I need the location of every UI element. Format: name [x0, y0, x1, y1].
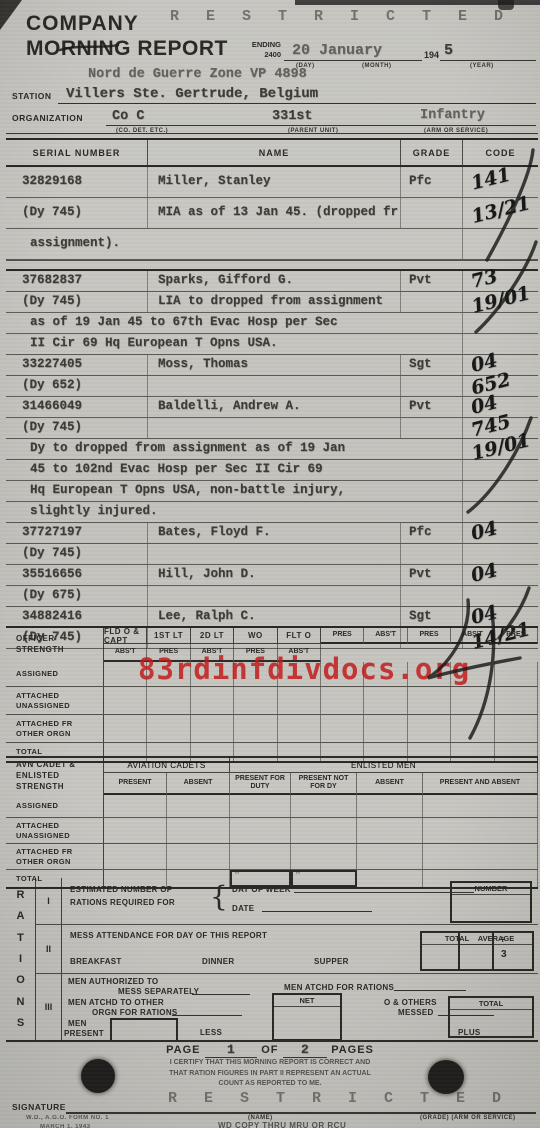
roster-row: 37682837Sparks, Gifford G.Pvt73: [6, 271, 538, 292]
day-of-week-line: [294, 884, 474, 893]
roster-code: [463, 229, 538, 259]
strength-sub-label: ABS'T: [451, 628, 494, 644]
strength-cell: [423, 844, 538, 869]
roster-row: 37727197Bates, Floyd F.Pfc04: [6, 523, 538, 544]
handwritten-code: 73: [469, 268, 499, 290]
mess-sep-line: [192, 986, 250, 995]
roster-row: (Dy 745)MIA as of 13 Jan 45. (dropped fr…: [6, 198, 538, 229]
roster-row: (Dy 675): [6, 586, 538, 607]
roster-serial: 37727197: [6, 523, 148, 543]
strength-cell: [357, 818, 423, 843]
men-present2: PRESENT: [64, 1029, 104, 1038]
strength-row-label: ASSIGNED: [6, 795, 104, 817]
roster-serial: 31466049: [6, 397, 148, 417]
year-sublabel: (YEAR): [470, 63, 494, 69]
strength-group-label: WO: [234, 628, 277, 644]
roster-row: II Cir 69 Hq European T Opns USA.: [6, 334, 538, 355]
auth-line1: MEN AUTHORIZED TO: [68, 977, 158, 986]
scan-artifact-corner: [0, 0, 22, 30]
strength-cell: [495, 715, 538, 742]
strength-cell: [291, 795, 357, 817]
roster-name: Lee, Ralph C.: [148, 607, 401, 627]
month-sublabel: (MONTH): [362, 63, 392, 69]
roster-name: [148, 544, 401, 564]
roster-entry-text: Dy to dropped from assignment as of 19 J…: [6, 439, 463, 459]
strength-sub-label: PRES: [408, 628, 451, 644]
rations-numeral-2: II: [36, 925, 62, 974]
roster-grade: Sgt: [401, 355, 463, 375]
roster-code: 13/21: [463, 198, 538, 228]
net-box-label: NET: [274, 995, 340, 1007]
signature-underline: [66, 1112, 536, 1114]
roster-row: (Dy 745): [6, 544, 538, 565]
roster-grade: Sgt: [401, 607, 463, 627]
roster-serial: 35516656: [6, 565, 148, 585]
roster-serial: 32829168: [6, 167, 148, 197]
roster-serial: (Dy 745): [6, 544, 148, 564]
roster-row: as of 19 Jan 45 to 67th Evac Hosp per Se…: [6, 313, 538, 334]
rations-section: RATIONS I ESTIMATED NUMBER OF RATIONS RE…: [6, 878, 538, 1042]
roster-row: (Dy 745)LIA to dropped from assignment19…: [6, 292, 538, 313]
cadet-strength-table: AVN CADET & ENLISTED STRENGTH AVIATION C…: [6, 756, 538, 889]
date-line: [262, 903, 372, 912]
roster-separator: [6, 260, 538, 271]
number-box-label: NUMBER: [452, 883, 530, 895]
handwritten-code: 04: [469, 562, 499, 584]
roster-grade: Pfc: [401, 523, 463, 543]
organization-label: ORGANIZATION: [12, 113, 83, 123]
rations-side-letter: S: [17, 1017, 24, 1029]
roster-entry-text: as of 19 Jan 45 to 67th Evac Hosp per Se…: [6, 313, 463, 333]
roster-name: Baldelli, Andrew A.: [148, 397, 401, 417]
strength-cell: [408, 715, 451, 742]
strength-cell: [234, 687, 277, 714]
roster-serial: (Dy 652): [6, 376, 148, 396]
atchd-other-line: [172, 1007, 242, 1016]
officer-strength-corner-label: OFFICER STRENGTH: [6, 628, 104, 662]
restricted-stamp-bottom: R E S T R I C T E D: [168, 1090, 510, 1107]
roster-entry-text: assignment).: [6, 229, 463, 259]
strength-row: ASSIGNED: [6, 795, 538, 818]
day-of-week-label: DAY OF WEEK: [232, 885, 291, 894]
strength-sub-label: PRESENT NOT FOR DY: [291, 773, 357, 795]
roster-code: [463, 460, 538, 480]
breakfast-label: BREAKFAST: [70, 957, 122, 966]
strength-row-label: ATTACHED UNASSIGNED: [6, 818, 104, 843]
rations-row-1: ESTIMATED NUMBER OF RATIONS REQUIRED FOR…: [62, 878, 538, 925]
roster-serial: (Dy 675): [6, 586, 148, 606]
cadet-strength-corner-label: AVN CADET & ENLISTED STRENGTH: [6, 758, 104, 795]
rations-side-letter: T: [17, 932, 24, 944]
roster-header-grade: GRADE: [401, 140, 463, 165]
roster-code: 19/01: [463, 439, 538, 459]
strength-row-label: ATTACHED FR OTHER ORGN: [6, 844, 104, 869]
strength-cell: [234, 715, 277, 742]
roster-row: 32829168Miller, StanleyPfc141: [6, 167, 538, 198]
auth-line2: MESS SEPARATELY: [118, 987, 199, 996]
rations-numeral-3: III: [36, 974, 62, 1040]
plus-label: PLUS: [458, 1028, 481, 1037]
morning-report-scan: R E S T R I C T E D COMPANY MORNING REPO…: [0, 0, 540, 1128]
roster-code: [463, 313, 538, 333]
strength-row: ATTACHED UNASSIGNED: [6, 818, 538, 844]
strength-group-label: 1ST LT: [147, 628, 190, 644]
rations1-line1: ESTIMATED NUMBER OF: [70, 885, 172, 894]
strength-row: ATTACHED FR OTHER ORGN: [6, 715, 538, 743]
date-underline: [284, 60, 422, 61]
date-value: 20 January: [292, 42, 382, 59]
roster-grade: Pvt: [401, 271, 463, 291]
mess-attendance-label: MESS ATTENDANCE FOR DAY OF THIS REPORT: [70, 931, 267, 940]
year-value: 5: [444, 42, 453, 59]
brace: {: [210, 880, 228, 913]
strength-sub-label: PRESENT: [104, 773, 167, 795]
roster-entry-text: II Cir 69 Hq European T Opns USA.: [6, 334, 463, 354]
year-prefix: 194: [424, 50, 439, 60]
enlisted-men-group-label: ENLISTED MEN: [230, 758, 538, 773]
strength-cell: [167, 818, 230, 843]
ending-label: ENDING 2400: [243, 40, 281, 60]
roster-serial: (Dy 745): [6, 418, 148, 438]
page-value: 1: [205, 1042, 257, 1058]
roster-name: LIA to dropped from assignment: [148, 292, 401, 312]
roster-row: Hq European T Opns USA, non-battle injur…: [6, 481, 538, 502]
org-unit-value: Co C: [112, 109, 144, 124]
form-title-line1: COMPANY: [26, 12, 139, 36]
roster-name: Hill, John D.: [148, 565, 401, 585]
form-number: W.D., A.G.O. FORM NO. 1: [26, 1115, 109, 1121]
strength-cell: [495, 687, 538, 714]
strength-cell: [357, 795, 423, 817]
strength-cell: [278, 687, 321, 714]
roster-row: (Dy 745)745: [6, 418, 538, 439]
form-date: MARCH 1, 1943: [40, 1124, 91, 1128]
org-arm-value: Infantry: [420, 108, 485, 123]
rations-total-box-label: TOTAL: [450, 998, 532, 1010]
strength-cell: [104, 844, 167, 869]
strength-cell: [357, 844, 423, 869]
roster-serial: 37682837: [6, 271, 148, 291]
restricted-stamp-top: R E S T R I C T E D: [170, 8, 512, 25]
strength-row-label: ATTACHED FR OTHER ORGN: [6, 715, 104, 742]
signature-label: SIGNATURE: [12, 1102, 66, 1112]
strength-cell: [230, 844, 291, 869]
strength-row: ATTACHED FR OTHER ORGN: [6, 844, 538, 870]
rations1-line2: RATIONS REQUIRED FOR: [70, 898, 175, 907]
rations-side-label: RATIONS: [6, 878, 36, 1040]
roster-grade: [401, 376, 463, 396]
roster-entry-text: slightly injured.: [6, 502, 463, 522]
rations-side-letter: A: [17, 910, 25, 922]
net-box: NET: [272, 993, 342, 1041]
roster-row: 45 to 102nd Evac Hosp per Sec II Cir 69: [6, 460, 538, 481]
roster-row: 33227405Moss, ThomasSgt04: [6, 355, 538, 376]
strength-group-label: FLD O & CAPT: [104, 628, 147, 644]
station-value: Villers Ste. Gertrude, Belgium: [66, 86, 318, 102]
roster-code: 19/01: [463, 292, 538, 312]
strength-cell: [167, 795, 230, 817]
roster-name: Bates, Floyd F.: [148, 523, 401, 543]
rations-side-letter: R: [17, 889, 25, 901]
strength-cell: [495, 662, 538, 686]
strength-cell: [104, 818, 167, 843]
roster-row: Dy to dropped from assignment as of 19 J…: [6, 439, 538, 460]
strength-row: ATTACHED UNASSIGNED: [6, 687, 538, 715]
rations-numeral-1: I: [36, 878, 62, 925]
others-label1: O & OTHERS: [384, 998, 437, 1007]
rations-side-letter: I: [19, 953, 22, 965]
cadet-strength-head: AVN CADET & ENLISTED STRENGTH AVIATION C…: [6, 758, 538, 795]
strength-sub-label: PRESENT FOR DUTY: [230, 773, 291, 795]
strength-cell: [104, 795, 167, 817]
dinner-label: DINNER: [202, 957, 234, 966]
roster-code: 04: [463, 523, 538, 543]
strength-cell: [167, 844, 230, 869]
strength-cell: [451, 715, 494, 742]
roster-row: slightly injured.: [6, 502, 538, 523]
rations-row-3: MEN AUTHORIZED TO MESS SEPARATELY MEN AT…: [62, 974, 538, 1040]
rations-row-2: MESS ATTENDANCE FOR DAY OF THIS REPORT B…: [62, 925, 538, 974]
roster-row: 31466049Baldelli, Andrew A.Pvt04: [6, 397, 538, 418]
strength-cell: [230, 795, 291, 817]
roster-header-row: SERIAL NUMBER NAME GRADE CODE: [6, 140, 538, 167]
roster-code: 652: [463, 376, 538, 396]
header-divider-1: [6, 133, 538, 134]
roster-row: (Dy 652)652: [6, 376, 538, 397]
average-box: AVERAGE: [458, 931, 534, 971]
handwritten-code: 04: [469, 604, 499, 626]
strength-sub-label: ABS'T: [364, 628, 407, 644]
strength-sub-label: ABSENT: [167, 773, 230, 795]
strength-cell: [147, 715, 190, 742]
roster-grade: [401, 198, 463, 228]
atchd-other1: MEN ATCHD TO OTHER: [68, 998, 164, 1007]
page-label: PAGE: [166, 1044, 200, 1056]
roster-header-code: CODE: [463, 140, 538, 165]
copy-note: WD COPY THRU MRU OR RCU: [218, 1121, 346, 1128]
officer-strength-table: OFFICER STRENGTH FLD O & CAPT1ST LT2D LT…: [6, 626, 538, 763]
station-label: STATION: [12, 91, 52, 101]
roster-row: 34882416Lee, Ralph C.Sgt04: [6, 607, 538, 628]
roster-name: MIA as of 13 Jan 45. (dropped fr: [148, 198, 401, 228]
punch-hole-right: [428, 1060, 464, 1094]
roster-table: SERIAL NUMBER NAME GRADE CODE 32829168Mi…: [6, 138, 538, 649]
strength-cell: [278, 715, 321, 742]
station-underline: [58, 103, 536, 104]
less-label: LESS: [200, 1028, 222, 1037]
strength-cell: [291, 844, 357, 869]
rations-side-letter: O: [16, 974, 25, 986]
roster-code: 04: [463, 565, 538, 585]
roster-header-serial: SERIAL NUMBER: [6, 140, 148, 165]
year-underline: [440, 60, 536, 61]
rations-side-letter: N: [17, 996, 25, 1008]
pages-label: PAGES: [331, 1044, 374, 1056]
strength-cell: [321, 715, 364, 742]
roster-body: 32829168Miller, StanleyPfc141(Dy 745)MIA…: [6, 167, 538, 649]
roster-serial: (Dy 745): [6, 198, 148, 228]
atchd-for-line: [394, 982, 466, 991]
strength-cell: [291, 818, 357, 843]
org-parent-value: 331st: [272, 109, 313, 124]
strength-cell: [191, 687, 234, 714]
strength-cell: [423, 818, 538, 843]
strength-sub-label: PRES: [321, 628, 364, 644]
strength-cell: [104, 687, 147, 714]
strength-cell: [364, 715, 407, 742]
signature-grade-sublabel: (GRADE) (ARM OR SERVICE): [420, 1115, 516, 1121]
cadet-strength-body: ASSIGNEDATTACHED UNASSIGNEDATTACHED FR O…: [6, 795, 538, 887]
roster-grade: [401, 418, 463, 438]
aviation-cadets-group-label: AVIATION CADETS: [104, 758, 230, 773]
roster-grade: Pvt: [401, 397, 463, 417]
zone-line: Nord de Guerre Zone VP 4898: [88, 67, 307, 82]
roster-row: 35516656Hill, John D.Pvt04: [6, 565, 538, 586]
roster-serial: 33227405: [6, 355, 148, 375]
men-present1: MEN: [68, 1019, 87, 1028]
roster-code: [463, 481, 538, 501]
roster-name: [148, 376, 401, 396]
others-label2: MESSED: [398, 1008, 434, 1017]
roster-grade: Pfc: [401, 167, 463, 197]
strength-group-label: 2D LT: [191, 628, 234, 644]
strength-sub-label: ABSENT: [357, 773, 423, 795]
strength-cell: [451, 687, 494, 714]
roster-code: [463, 544, 538, 564]
roster-entry-text: 45 to 102nd Evac Hosp per Sec II Cir 69: [6, 460, 463, 480]
strength-sub-label: PRESENT AND ABSENT: [423, 773, 538, 795]
roster-grade: [401, 544, 463, 564]
organization-underline: [106, 125, 536, 126]
strength-sub-label: PRES: [495, 628, 538, 644]
roster-code: [463, 334, 538, 354]
roster-name: [148, 586, 401, 606]
roster-name: Sparks, Gifford G.: [148, 271, 401, 291]
men-present-box: [110, 1018, 178, 1042]
form-title-line2: MORNING REPORT: [26, 37, 228, 61]
page-count-line: PAGE 1 OF 2 PAGES: [0, 1040, 540, 1058]
atchd-for-label: MEN ATCHD FOR RATIONS: [284, 983, 394, 992]
strength-cell: [423, 795, 538, 817]
supper-label: SUPPER: [314, 957, 349, 966]
roster-name: Miller, Stanley: [148, 167, 401, 197]
of-label: OF: [261, 1044, 278, 1056]
strength-row-label: ATTACHED UNASSIGNED: [6, 687, 104, 714]
roster-serial: 34882416: [6, 607, 148, 627]
roster-header-name: NAME: [148, 140, 401, 165]
strength-group-label: FLT O: [278, 628, 321, 644]
handwritten-code: 141: [470, 166, 512, 191]
roster-serial: (Dy 745): [6, 292, 148, 312]
roster-entry-text: Hq European T Opns USA, non-battle injur…: [6, 481, 463, 501]
average-box-label: AVERAGE: [460, 933, 532, 945]
pages-value: 2: [283, 1042, 327, 1058]
roster-name: [148, 418, 401, 438]
roster-code: [463, 502, 538, 522]
strength-cell: [230, 818, 291, 843]
atchd-other2: ORGN FOR RATIONS: [92, 1008, 178, 1017]
roster-code: [463, 586, 538, 606]
strength-row-label: ASSIGNED: [6, 662, 104, 686]
ending-word: ENDING: [252, 40, 281, 49]
strength-cell: [191, 715, 234, 742]
handwritten-code: 04: [469, 520, 499, 542]
strength-cell: [104, 715, 147, 742]
roster-grade: [401, 586, 463, 606]
roster-grade: [401, 292, 463, 312]
strength-cell: [408, 687, 451, 714]
number-box: NUMBER: [450, 881, 532, 923]
roster-grade: Pvt: [401, 565, 463, 585]
roster-name: Moss, Thomas: [148, 355, 401, 375]
punch-hole-left: [81, 1059, 115, 1093]
date-label: DATE: [232, 904, 254, 913]
strength-cell: [364, 687, 407, 714]
roster-row: assignment).: [6, 229, 538, 260]
ending-time: 2400: [264, 50, 281, 59]
handwritten-code: 13/21: [470, 195, 532, 225]
strength-cell: [147, 687, 190, 714]
watermark-text: 83rdinfdivdocs.org: [138, 652, 470, 686]
strength-cell: [321, 687, 364, 714]
